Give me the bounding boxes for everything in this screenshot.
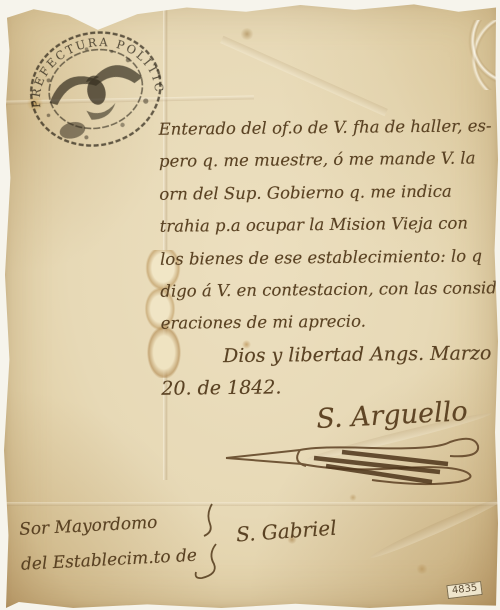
wrinkle-corner — [368, 492, 500, 562]
addressee-block: Sor Mayordomo del Establecim.to de — [18, 503, 206, 583]
catalog-number-tag: 4835 — [446, 581, 483, 599]
prefectura-politica-stamp: PREFECTURA POLITICA — [9, 11, 182, 169]
horizontal-fold-bottom — [4, 502, 498, 506]
letter-line: trahia p.a ocupar la Mision Vieja con — [160, 207, 494, 243]
place-name: S. Gabriel — [235, 513, 366, 546]
letter-body: Enterado del of.o de V. fha de haller, e… — [158, 110, 495, 405]
letter-line: digo á V. en contestacion, con las consi… — [160, 272, 494, 308]
letter-line: los bienes de ese establecimiento: lo q — [160, 240, 494, 276]
letter-line: orn del Sup. Gobierno q. me indica — [159, 175, 493, 211]
letter-line: Enterado del of.o de V. fha de haller, e… — [158, 110, 492, 146]
embossed-paper-edge — [466, 20, 500, 90]
addressee-brace-mark — [186, 502, 226, 580]
signature-rubric-flourish — [222, 432, 484, 490]
letter-line: eraciones de mi aprecio. — [161, 305, 495, 341]
foxing-spot — [240, 28, 254, 40]
manuscript-paper: PREFECTURA POLITICA Enterado del of.o de… — [4, 2, 498, 608]
foxing-spot — [349, 494, 357, 501]
diagonal-crease — [220, 36, 388, 117]
letter-dateline: Dios y libertad Angs. Marzo — [223, 337, 495, 372]
letter-line: pero q. me muestre, ó me mande V. la — [159, 143, 493, 179]
foxing-spot — [416, 564, 428, 574]
